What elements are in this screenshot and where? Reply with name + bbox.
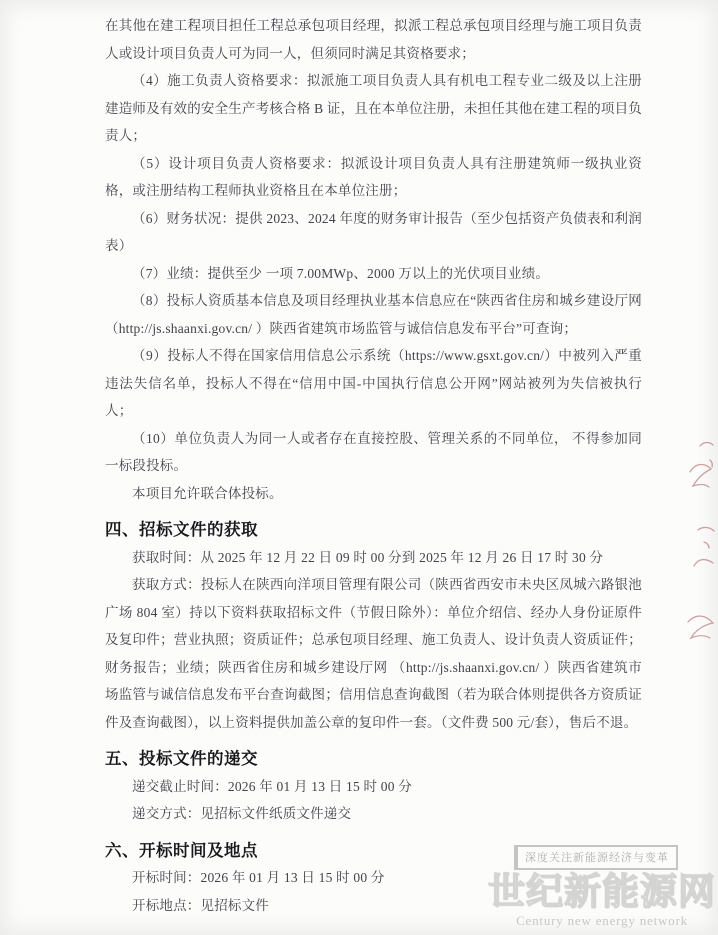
paragraph: 递交方式：见招标文件纸质文件递交 (105, 800, 642, 828)
paragraph: （8）投标人资质基本信息及项目经理执业基本信息应在“陕西省住房和城乡建设厅网（h… (105, 287, 642, 342)
paragraph: 开标地点：见招标文件 (105, 892, 642, 920)
paragraph: （9）投标人不得在国家信用信息公示系统（https://www.gsxt.gov… (105, 342, 642, 425)
paragraph: （4）施工负责人资格要求：拟派施工项目负责人具有机电工程专业二级及以上注册建造师… (105, 67, 642, 150)
section-heading: 四、招标文件的获取 (105, 516, 642, 544)
paragraph: 开标时间：2026 年 01 月 13 日 15 时 00 分 (105, 864, 642, 892)
paragraph: （10）单位负责人为同一人或者存在直接控股、管理关系的不同单位， 不得参加同一标… (105, 425, 642, 480)
document-page: 在其他在建工程项目担任工程总承包项目经理，拟派工程总承包项目经理与施工项目负责人… (0, 0, 718, 935)
paragraph: （7）业绩：提供至少 一项 7.00MWp、2000 万以上的光伏项目业绩。 (105, 260, 642, 288)
document-content: 在其他在建工程项目担任工程总承包项目经理，拟派工程总承包项目经理与施工项目负责人… (105, 12, 642, 919)
paragraph: 获取时间：从 2025 年 12 月 22 日 09 时 00 分到 2025 … (105, 544, 642, 572)
paragraph: 递交截止时间：2026 年 01 月 13 日 15 时 00 分 (105, 773, 642, 801)
section-heading: 五、投标文件的递交 (105, 745, 642, 773)
paragraph: （6）财务状况：提供 2023、2024 年度的财务审计报告（至少包括资产负债表… (105, 205, 642, 260)
section-heading: 六、开标时间及地点 (105, 837, 642, 865)
paragraph: 本项目允许联合体投标。 (105, 480, 642, 508)
paragraph: 在其他在建工程项目担任工程总承包项目经理，拟派工程总承包项目经理与施工项目负责人… (105, 12, 642, 67)
handwritten-red-marks (680, 438, 718, 668)
paragraph: （5）设计项目负责人资格要求：拟派设计项目负责人具有注册建筑师一级执业资格，或注… (105, 150, 642, 205)
paragraph: 获取方式：投标人在陕西向洋项目管理有限公司（陕西省西安市未央区凤城六路银池广场 … (105, 571, 642, 736)
